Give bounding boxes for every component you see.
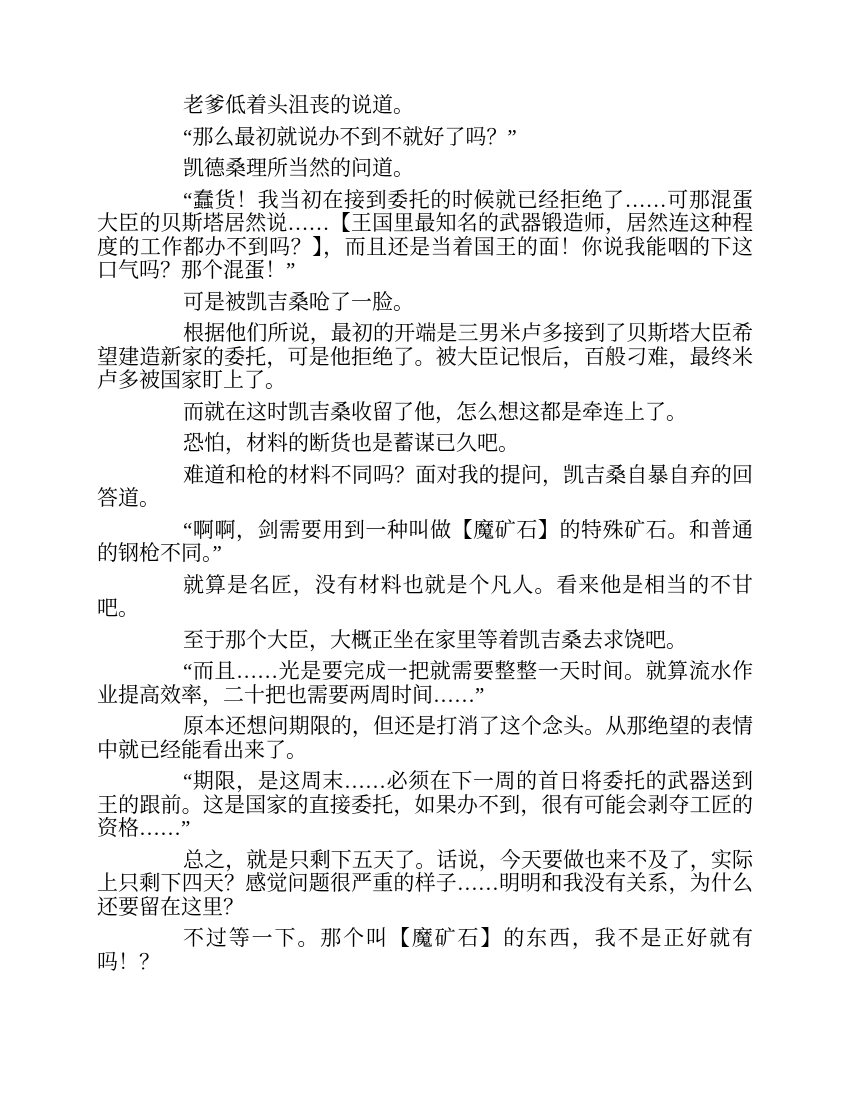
paragraph: 难道和枪的材料不同吗？面对我的提问，凯吉桑自暴自弃的回答道。 bbox=[97, 464, 753, 511]
paragraph: 原本还想问期限的，但还是打消了这个念头。从那绝望的表情中就已经能看出来了。 bbox=[97, 715, 753, 762]
paragraph: 至于那个大臣，大概正坐在家里等着凯吉桑去求饶吧。 bbox=[97, 629, 753, 653]
paragraph: 根据他们所说，最初的开端是三男米卢多接到了贝斯塔大臣希望建造新家的委托，可是他拒… bbox=[97, 322, 753, 393]
document-body: 老爹低着头沮丧的说道。“那么最初就说办不到不就好了吗？”凯德桑理所当然的问道。“… bbox=[97, 94, 753, 982]
paragraph: 老爹低着头沮丧的说道。 bbox=[97, 94, 753, 118]
paragraph: “啊啊，剑需要用到一种叫做【魔矿石】的特殊矿石。和普通的钢枪不同。” bbox=[97, 519, 753, 566]
paragraph: “蠢货！我当初在接到委托的时候就已经拒绝了……可那混蛋大臣的贝斯塔居然说……【王… bbox=[97, 189, 753, 283]
paragraph: 可是被凯吉桑呛了一脸。 bbox=[97, 291, 753, 315]
paragraph: 就算是名匠，没有材料也就是个凡人。看来他是相当的不甘吧。 bbox=[97, 574, 753, 621]
paragraph: “那么最初就说办不到不就好了吗？” bbox=[97, 126, 753, 150]
paragraph: 总之，就是只剩下五天了。话说，今天要做也来不及了，实际上只剩下四天？感觉问题很严… bbox=[97, 849, 753, 920]
paragraph: 而就在这时凯吉桑收留了他，怎么想这都是牵连上了。 bbox=[97, 401, 753, 425]
paragraph: 恐怕，材料的断货也是蓄谋已久吧。 bbox=[97, 432, 753, 456]
paragraph: 不过等一下。那个叫【魔矿石】的东西，我不是正好就有吗！？ bbox=[97, 927, 753, 974]
paragraph: 凯德桑理所当然的问道。 bbox=[97, 157, 753, 181]
paragraph: “期限，是这周末……必须在下一周的首日将委托的武器送到王的跟前。这是国家的直接委… bbox=[97, 770, 753, 841]
paragraph: “而且……光是要完成一把就需要整整一天时间。就算流水作业提高效率，二十把也需要两… bbox=[97, 660, 753, 707]
document-page: 老爹低着头沮丧的说道。“那么最初就说办不到不就好了吗？”凯德桑理所当然的问道。“… bbox=[0, 0, 850, 1100]
